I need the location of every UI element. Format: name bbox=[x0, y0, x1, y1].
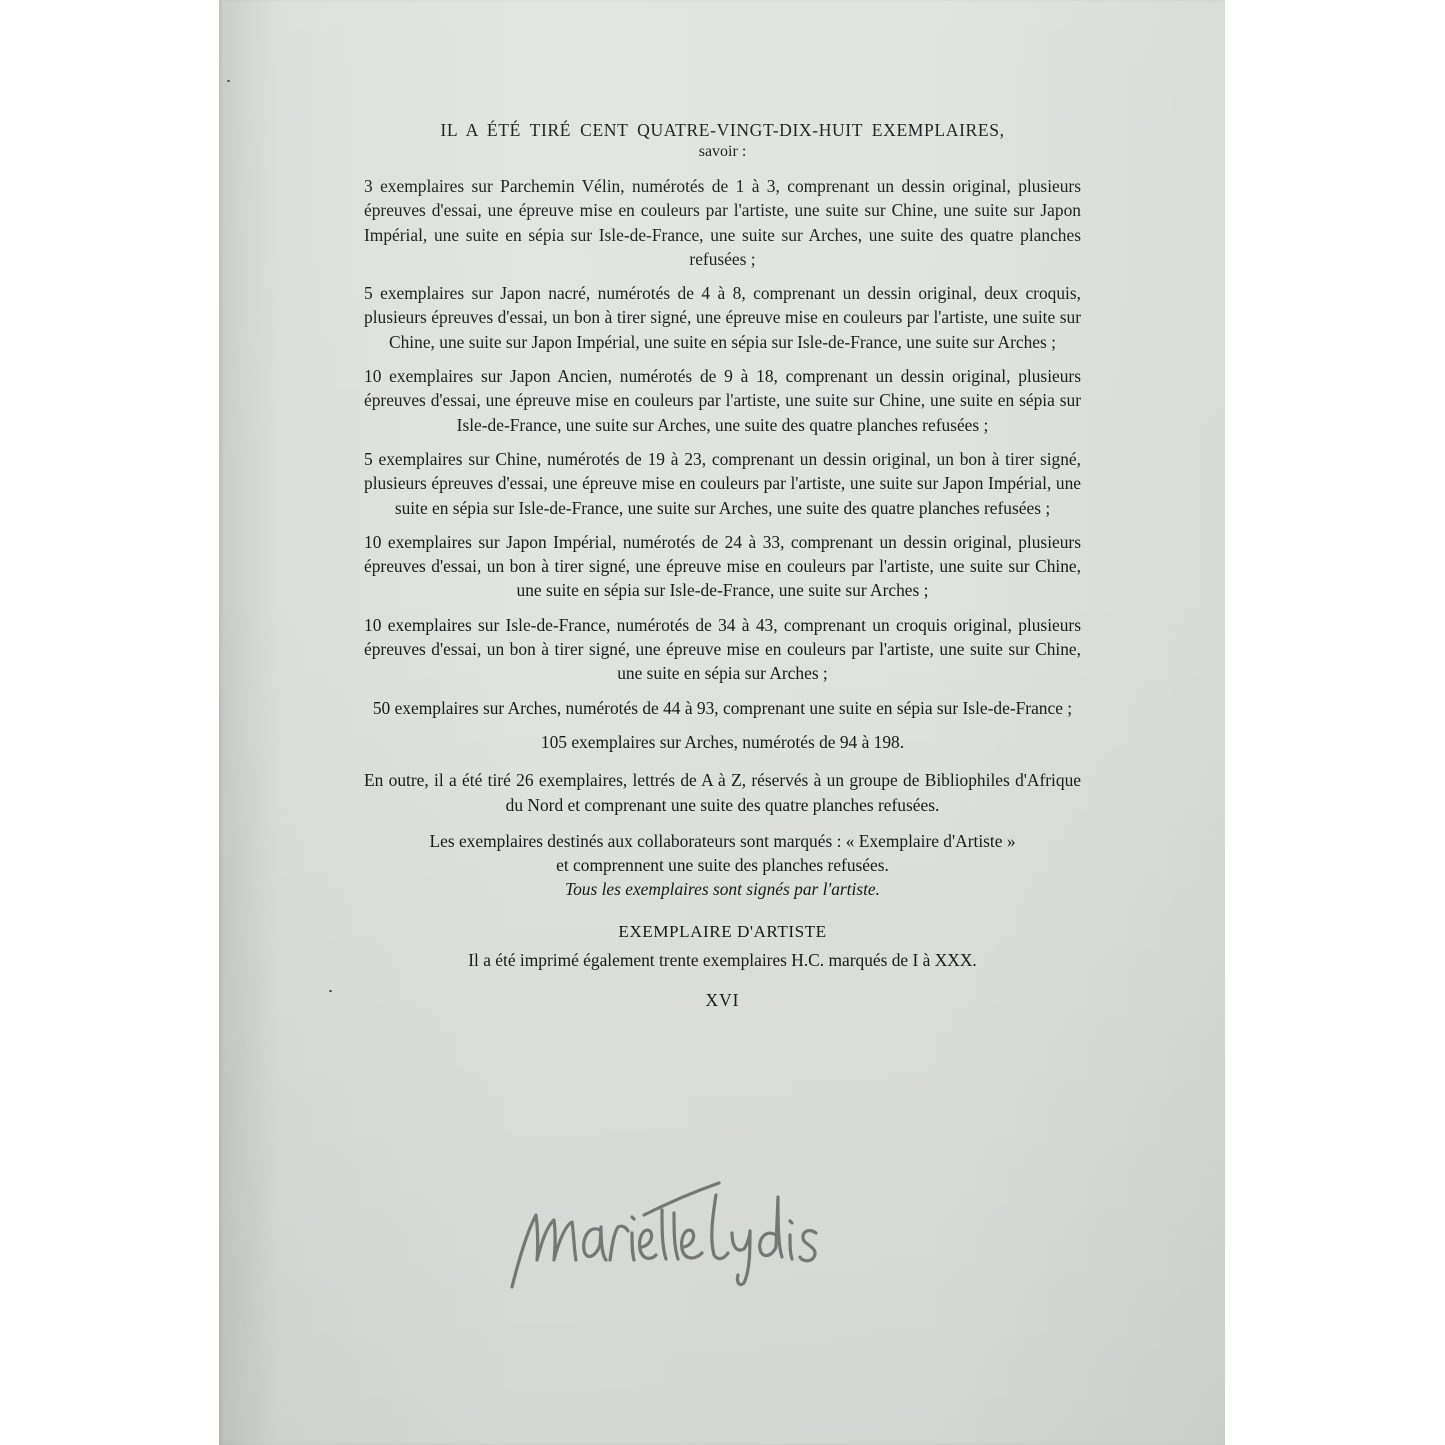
edition-subtitle: savoir : bbox=[364, 142, 1081, 162]
edition-entry: 10 exemplaires sur Japon Impérial, numér… bbox=[364, 530, 1081, 603]
artist-signature bbox=[504, 1175, 844, 1295]
copy-number: XVI bbox=[364, 988, 1081, 1012]
paper-speck bbox=[227, 80, 230, 82]
edition-title: IL A ÉTÉ TIRÉ CENT QUATRE-VINGT-DIX-HUIT… bbox=[364, 118, 1081, 142]
edition-entry: 10 exemplaires sur Japon Ancien, numérot… bbox=[364, 364, 1081, 437]
artist-copy-heading: EXEMPLAIRE D'ARTISTE bbox=[364, 920, 1081, 944]
extra-edition-note: En outre, il a été tiré 26 exemplaires, … bbox=[364, 768, 1081, 817]
collaborators-note: Les exemplaires destinés aux collaborate… bbox=[364, 829, 1081, 853]
edition-entry: 3 exemplaires sur Parchemin Vélin, numér… bbox=[364, 174, 1081, 271]
justification-page: IL A ÉTÉ TIRÉ CENT QUATRE-VINGT-DIX-HUIT… bbox=[219, 0, 1225, 1445]
paper-speck bbox=[329, 990, 332, 992]
edition-entry: 5 exemplaires sur Japon nacré, numérotés… bbox=[364, 281, 1081, 354]
edition-entry: 105 exemplaires sur Arches, numérotés de… bbox=[364, 730, 1081, 754]
collaborators-note-cont: et comprennent une suite des planches re… bbox=[364, 853, 1081, 877]
signed-note: Tous les exemplaires sont signés par l'a… bbox=[364, 877, 1081, 901]
edition-entry: 10 exemplaires sur Isle-de-France, numér… bbox=[364, 613, 1081, 686]
hc-copies-line: Il a été imprimé également trente exempl… bbox=[364, 948, 1081, 972]
justification-text: IL A ÉTÉ TIRÉ CENT QUATRE-VINGT-DIX-HUIT… bbox=[364, 118, 1081, 1013]
edition-entry: 5 exemplaires sur Chine, numérotés de 19… bbox=[364, 447, 1081, 520]
edition-entry: 50 exemplaires sur Arches, numérotés de … bbox=[364, 696, 1081, 720]
